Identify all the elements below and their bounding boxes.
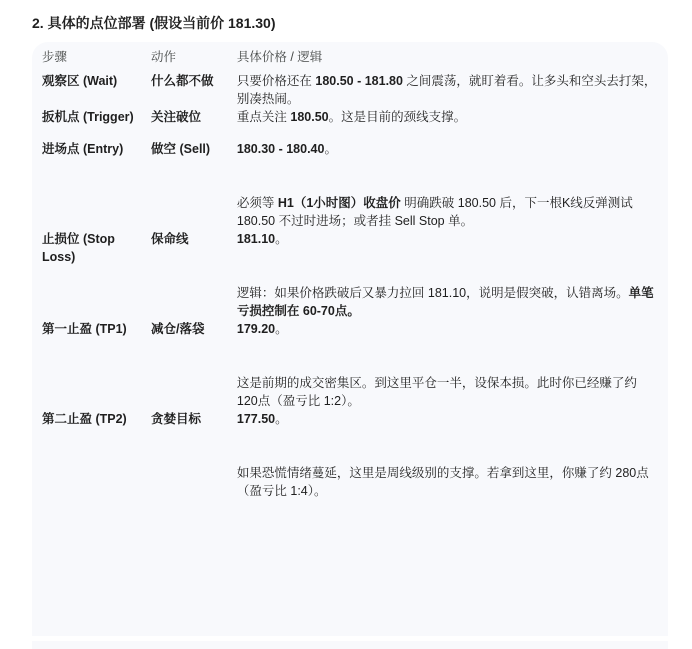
header-action: 动作 <box>151 42 237 72</box>
text-segment: 。这是目前的颈线支撑。 <box>329 110 467 124</box>
table-row: 扳机点 (Trigger)关注破位重点关注 180.50。这是目前的颈线支撑。 <box>32 108 668 140</box>
next-block-edge <box>32 641 668 649</box>
detail-paragraph: 这是前期的成交密集区。到这里平仓一半，设保本损。此时你已经赚了约 120点（盈亏… <box>237 374 658 410</box>
text-segment: 这是前期的成交密集区。到这里平仓一半，设保本损。此时你已经赚了约 120点（盈亏… <box>237 376 637 408</box>
document-page: 2. 具体的点位部署 (假设当前价 181.30) 步骤 动作 具体价格 / 逻… <box>0 0 692 649</box>
table-row: 第二止盈 (TP2)贪婪目标177.50。如果恐慌情绪蔓延，这里是周线级别的支撑… <box>32 410 668 500</box>
cell-details: 180.30 - 180.40。必须等 H1（1小时图）收盘价 明确跌破 180… <box>237 140 668 230</box>
text-segment: 重点关注 <box>237 110 290 124</box>
section-title: 2. 具体的点位部署 (假设当前价 181.30) <box>32 13 276 33</box>
bold-text: 180.50 <box>290 110 328 124</box>
header-details: 具体价格 / 逻辑 <box>237 42 668 72</box>
cell-details: 177.50。如果恐慌情绪蔓延，这里是周线级别的支撑。若拿到这里，你赚了约 28… <box>237 410 668 500</box>
cell-step: 第二止盈 (TP2) <box>32 410 151 500</box>
cell-action: 减仓/落袋 <box>151 320 237 410</box>
cell-details: 重点关注 180.50。这是目前的颈线支撑。 <box>237 108 668 140</box>
bold-text: 179.20 <box>237 322 275 336</box>
cell-step: 进场点 (Entry) <box>32 140 151 230</box>
table-row: 第一止盈 (TP1)减仓/落袋179.20。这是前期的成交密集区。到这里平仓一半… <box>32 320 668 410</box>
table-header-row: 步骤 动作 具体价格 / 逻辑 <box>32 42 668 72</box>
text-segment: 。 <box>275 322 288 336</box>
detail-paragraph: 重点关注 180.50。这是目前的颈线支撑。 <box>237 108 658 126</box>
text-segment: 。 <box>324 142 337 156</box>
cell-step: 第一止盈 (TP1) <box>32 320 151 410</box>
cell-step: 观察区 (Wait) <box>32 72 151 108</box>
detail-paragraph: 177.50。 <box>237 410 658 428</box>
cell-details: 179.20。这是前期的成交密集区。到这里平仓一半，设保本损。此时你已经赚了约 … <box>237 320 668 410</box>
text-segment: 。 <box>275 232 288 246</box>
bold-text: 180.50 - 181.80 <box>315 74 403 88</box>
table-row: 止损位 (Stop Loss)保命线181.10。逻辑：如果价格跌破后又暴力拉回… <box>32 230 668 320</box>
plan-table-card: 步骤 动作 具体价格 / 逻辑 观察区 (Wait)什么都不做只要价格还在 18… <box>32 42 668 636</box>
cell-action: 保命线 <box>151 230 237 320</box>
cell-details: 181.10。逻辑：如果价格跌破后又暴力拉回 181.10，说明是假突破，认错离… <box>237 230 668 320</box>
detail-paragraph: 只要价格还在 180.50 - 181.80 之间震荡，就盯着看。让多头和空头去… <box>237 72 658 108</box>
bold-text: 177.50 <box>237 412 275 426</box>
text-segment: 必须等 <box>237 196 278 210</box>
detail-paragraph: 180.30 - 180.40。 <box>237 140 658 158</box>
text-segment: 只要价格还在 <box>237 74 315 88</box>
table-row: 观察区 (Wait)什么都不做只要价格还在 180.50 - 181.80 之间… <box>32 72 668 108</box>
table-row: 进场点 (Entry)做空 (Sell)180.30 - 180.40。必须等 … <box>32 140 668 230</box>
trade-plan-table: 步骤 动作 具体价格 / 逻辑 观察区 (Wait)什么都不做只要价格还在 18… <box>32 42 668 500</box>
text-segment: 如果恐慌情绪蔓延，这里是周线级别的支撑。若拿到这里，你赚了约 280点（盈亏比 … <box>237 466 649 498</box>
cell-action: 贪婪目标 <box>151 410 237 500</box>
detail-paragraph: 181.10。 <box>237 230 658 248</box>
detail-paragraph: 179.20。 <box>237 320 658 338</box>
cell-step: 扳机点 (Trigger) <box>32 108 151 140</box>
detail-paragraph: 逻辑：如果价格跌破后又暴力拉回 181.10，说明是假突破，认错离场。单笔亏损控… <box>237 284 658 320</box>
bold-text: 180.30 - 180.40 <box>237 142 325 156</box>
detail-paragraph: 如果恐慌情绪蔓延，这里是周线级别的支撑。若拿到这里，你赚了约 280点（盈亏比 … <box>237 464 658 500</box>
detail-paragraph: 必须等 H1（1小时图）收盘价 明确跌破 180.50 后，下一根K线反弹测试 … <box>237 194 658 230</box>
text-segment: 。 <box>275 412 288 426</box>
text-segment: 逻辑：如果价格跌破后又暴力拉回 181.10，说明是假突破，认错离场。 <box>237 286 629 300</box>
table-body: 观察区 (Wait)什么都不做只要价格还在 180.50 - 181.80 之间… <box>32 72 668 500</box>
header-step: 步骤 <box>32 42 151 72</box>
cell-action: 什么都不做 <box>151 72 237 108</box>
cell-step: 止损位 (Stop Loss) <box>32 230 151 320</box>
cell-action: 做空 (Sell) <box>151 140 237 230</box>
bold-text: H1（1小时图）收盘价 <box>278 196 401 210</box>
cell-details: 只要价格还在 180.50 - 181.80 之间震荡，就盯着看。让多头和空头去… <box>237 72 668 108</box>
cell-action: 关注破位 <box>151 108 237 140</box>
bold-text: 181.10 <box>237 232 275 246</box>
